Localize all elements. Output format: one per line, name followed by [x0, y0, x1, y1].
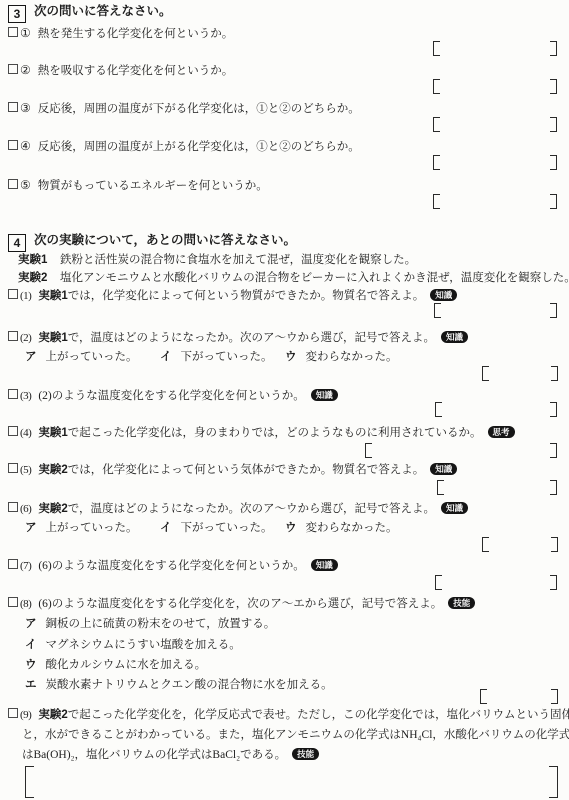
- question-number: (2): [20, 332, 31, 344]
- q8-choice-e: エ炭酸水素ナトリウムとクエン酸の混合物に水を加える。: [25, 678, 333, 693]
- question-number: ②: [20, 63, 31, 77]
- choice-a: ア上がっていった。: [25, 521, 138, 536]
- question-number: (8): [20, 598, 31, 610]
- bracket-left-icon: [437, 480, 444, 495]
- check-square-icon: [8, 597, 18, 607]
- bracket-right-icon: [549, 766, 558, 798]
- bracket-left-icon: [365, 443, 372, 458]
- question-text: (6)のような温度変化をする化学変化を何というか。: [38, 560, 304, 572]
- category-badge: 知識: [430, 463, 457, 475]
- check-square-icon: [8, 289, 18, 299]
- worksheet-page: 3次の問いに答えなさい。 ①熱を発生する化学変化を何というか。 ②熱を吸収する化…: [0, 0, 569, 800]
- answer-bracket: [433, 155, 557, 168]
- answer-bracket: [433, 41, 557, 54]
- question-text: では，化学変化によって何という物質ができたか。物質名で答えよ。: [68, 290, 425, 302]
- s4-question-3: (3)(2)のような温度変化をする化学変化を何というか。知識: [8, 389, 338, 404]
- experiment-text: 塩化アンモニウムと水酸化バリウムの混合物をビーカーに入れよくかき混ぜ，温度変化を…: [60, 272, 569, 284]
- question-bold: 実験1: [38, 332, 67, 344]
- s3-question-3: ③反応後，周囲の温度が下がる化学変化は，①と②のどちらか。: [8, 101, 360, 117]
- question-bold: 実験2: [38, 709, 67, 721]
- s4-question-5: (5)実験2では，化学変化によって何という気体ができたか。物質名で答えよ。知識: [8, 463, 457, 478]
- s3-question-2: ②熱を吸収する化学変化を何というか。: [8, 63, 233, 79]
- bracket-left-icon: [434, 303, 441, 318]
- section3-title: 次の問いに答えなさい。: [34, 4, 172, 18]
- q8-choice-a: ア銅板の上に硫黄の粉末をのせて，放置する。: [25, 617, 275, 632]
- s4-question-9-line2: と，水ができることがわかっている。また，塩化アンモニウムの化学式はNH₄Cl，水…: [22, 728, 569, 743]
- experiment-text: 鉄粉と活性炭の混合物に食塩水を加えて混ぜ，温度変化を観察した。: [60, 254, 416, 266]
- answer-bracket: [365, 443, 557, 456]
- question-text: と，水ができることがわかっている。また，塩化アンモニウムの化学式はNH₄Cl，水…: [22, 729, 569, 741]
- check-square-icon: [8, 708, 18, 718]
- answer-bracket: [433, 117, 557, 130]
- question-bold: 実験1: [38, 427, 67, 439]
- answer-bracket: [435, 575, 557, 588]
- check-square-icon: [8, 559, 18, 569]
- answer-bracket: [433, 79, 557, 92]
- bracket-right-icon: [550, 303, 557, 318]
- section4-header: 4次の実験について，あとの問いに答えなさい。: [8, 233, 296, 252]
- bracket-left-icon: [433, 117, 440, 132]
- bracket-left-icon: [482, 537, 489, 552]
- bracket-left-icon: [25, 766, 34, 798]
- s4-question-6: (6)実験2で，温度はどのようになったか。次のア～ウから選び，記号で答えよ。知識: [8, 502, 468, 517]
- bracket-right-icon: [550, 117, 557, 132]
- q8-choice-i: イマグネシウムにうすい塩酸を加える。: [25, 638, 241, 653]
- question-number: (4): [20, 427, 31, 439]
- s4-question-7: (7)(6)のような温度変化をする化学変化を何というか。知識: [8, 559, 338, 574]
- check-square-icon: [8, 426, 18, 436]
- question-text: で起こった化学変化は，身のまわりでは，どのようなものに利用されているか。: [68, 427, 482, 439]
- check-square-icon: [8, 389, 18, 399]
- question-bold: 実験2: [38, 503, 67, 515]
- section3-header: 3次の問いに答えなさい。: [8, 4, 172, 23]
- s4-question-9-line3: はBa(OH)₂，塩化バリウムの化学式はBaCl₂である。技能: [22, 748, 319, 763]
- question-bold: 実験1: [38, 290, 67, 302]
- question-text: では，化学変化によって何という気体ができたか。物質名で答えよ。: [68, 464, 425, 476]
- experiment-label: 実験2: [18, 271, 60, 286]
- choice-u: ウ変わらなかった。: [285, 350, 398, 365]
- question-text: はBa(OH)₂，塩化バリウムの化学式はBaCl₂である。: [22, 749, 286, 761]
- bracket-right-icon: [551, 689, 558, 704]
- question-number: (9): [20, 709, 31, 721]
- s3-question-4: ④反応後，周囲の温度が上がる化学変化は，①と②のどちらか。: [8, 139, 360, 155]
- question-text: 熱を吸収する化学変化を何というか。: [38, 65, 234, 77]
- bracket-right-icon: [550, 402, 557, 417]
- bracket-left-icon: [435, 575, 442, 590]
- answer-bracket: [437, 480, 557, 493]
- question-number: (7): [20, 560, 31, 572]
- question-number: (1): [20, 290, 31, 302]
- question-text: 反応後，周囲の温度が上がる化学変化は，①と②のどちらか。: [38, 141, 360, 153]
- answer-bracket: [480, 689, 558, 702]
- bracket-right-icon: [550, 194, 557, 209]
- q8-choice-u: ウ酸化カルシウムに水を加える。: [25, 658, 206, 673]
- s4-question-9-line1: (9)実験2で起こった化学変化を，化学反応式で表せ。ただし，この化学変化では，塩…: [8, 708, 569, 723]
- check-square-icon: [8, 102, 18, 112]
- bracket-right-icon: [551, 366, 558, 381]
- section3-number-box: 3: [8, 5, 26, 23]
- question-number: (5): [20, 464, 31, 476]
- experiment-label: 実験1: [18, 253, 60, 268]
- bracket-left-icon: [433, 79, 440, 94]
- question-text: 物質がもっているエネルギーを何というか。: [38, 180, 268, 192]
- s4-question-8: (8)(6)のような温度変化をする化学変化を，次のア～エから選び，記号で答えよ。…: [8, 597, 475, 612]
- bracket-left-icon: [480, 689, 487, 704]
- question-number: ④: [20, 139, 31, 153]
- answer-bracket: [434, 303, 557, 316]
- bracket-right-icon: [550, 79, 557, 94]
- answer-bracket-large: [25, 766, 558, 796]
- category-badge: 思考: [488, 426, 515, 438]
- check-square-icon: [8, 179, 18, 189]
- section4-number-box: 4: [8, 234, 26, 252]
- check-square-icon: [8, 64, 18, 74]
- s3-question-1: ①熱を発生する化学変化を何というか。: [8, 26, 233, 42]
- choice-a: ア上がっていった。: [25, 350, 138, 365]
- answer-bracket: [482, 537, 558, 550]
- bracket-left-icon: [433, 41, 440, 56]
- question-bold: 実験2: [38, 464, 67, 476]
- question-text: で，温度はどのようになったか。次のア～ウから選び，記号で答えよ。: [68, 503, 435, 515]
- question-number: (3): [20, 390, 31, 402]
- question-text: (2)のような温度変化をする化学変化を何というか。: [38, 390, 304, 402]
- category-badge: 知識: [311, 389, 338, 401]
- question-number: ⑤: [20, 178, 31, 192]
- bracket-left-icon: [482, 366, 489, 381]
- s4-question-2: (2)実験1で，温度はどのようになったか。次のア～ウから選び，記号で答えよ。知識: [8, 331, 468, 346]
- bracket-right-icon: [550, 575, 557, 590]
- choice-i: イ下がっていった。: [160, 350, 273, 365]
- check-square-icon: [8, 502, 18, 512]
- bracket-right-icon: [550, 155, 557, 170]
- answer-bracket: [433, 194, 557, 207]
- s3-question-5: ⑤物質がもっているエネルギーを何というか。: [8, 178, 268, 194]
- question-text: 反応後，周囲の温度が下がる化学変化は，①と②のどちらか。: [38, 103, 360, 115]
- bracket-right-icon: [550, 480, 557, 495]
- category-badge: 技能: [292, 748, 319, 760]
- s4-question-4: (4)実験1で起こった化学変化は，身のまわりでは，どのようなものに利用されている…: [8, 426, 515, 441]
- section4-title: 次の実験について，あとの問いに答えなさい。: [34, 233, 296, 247]
- bracket-left-icon: [433, 194, 440, 209]
- experiment-1: 実験1鉄粉と活性炭の混合物に食塩水を加えて混ぜ，温度変化を観察した。: [18, 253, 416, 268]
- category-badge: 知識: [441, 331, 468, 343]
- answer-bracket: [482, 366, 558, 379]
- category-badge: 知識: [441, 502, 468, 514]
- question-number: (6): [20, 503, 31, 515]
- question-text: (6)のような温度変化をする化学変化を，次のア～エから選び，記号で答えよ。: [38, 598, 442, 610]
- choice-u: ウ変わらなかった。: [285, 521, 398, 536]
- check-square-icon: [8, 463, 18, 473]
- category-badge: 知識: [311, 559, 338, 571]
- category-badge: 技能: [448, 597, 475, 609]
- question-text: 熱を発生する化学変化を何というか。: [38, 28, 234, 40]
- bracket-left-icon: [433, 155, 440, 170]
- experiment-2: 実験2塩化アンモニウムと水酸化バリウムの混合物をビーカーに入れよくかき混ぜ，温度…: [18, 271, 569, 286]
- bracket-right-icon: [550, 41, 557, 56]
- bracket-right-icon: [550, 443, 557, 458]
- check-square-icon: [8, 140, 18, 150]
- question-number: ③: [20, 101, 31, 115]
- category-badge: 知識: [430, 289, 457, 301]
- question-text: で起こった化学変化を，化学反応式で表せ。ただし，この化学変化では，塩化バリウムと…: [68, 709, 569, 721]
- s4-question-1: (1)実験1では，化学変化によって何という物質ができたか。物質名で答えよ。知識: [8, 289, 457, 304]
- bracket-right-icon: [551, 537, 558, 552]
- question-number: ①: [20, 26, 31, 40]
- question-text: で，温度はどのようになったか。次のア～ウから選び，記号で答えよ。: [68, 332, 435, 344]
- bracket-left-icon: [435, 402, 442, 417]
- check-square-icon: [8, 27, 18, 37]
- choice-i: イ下がっていった。: [160, 521, 273, 536]
- answer-bracket: [435, 402, 557, 415]
- check-square-icon: [8, 331, 18, 341]
